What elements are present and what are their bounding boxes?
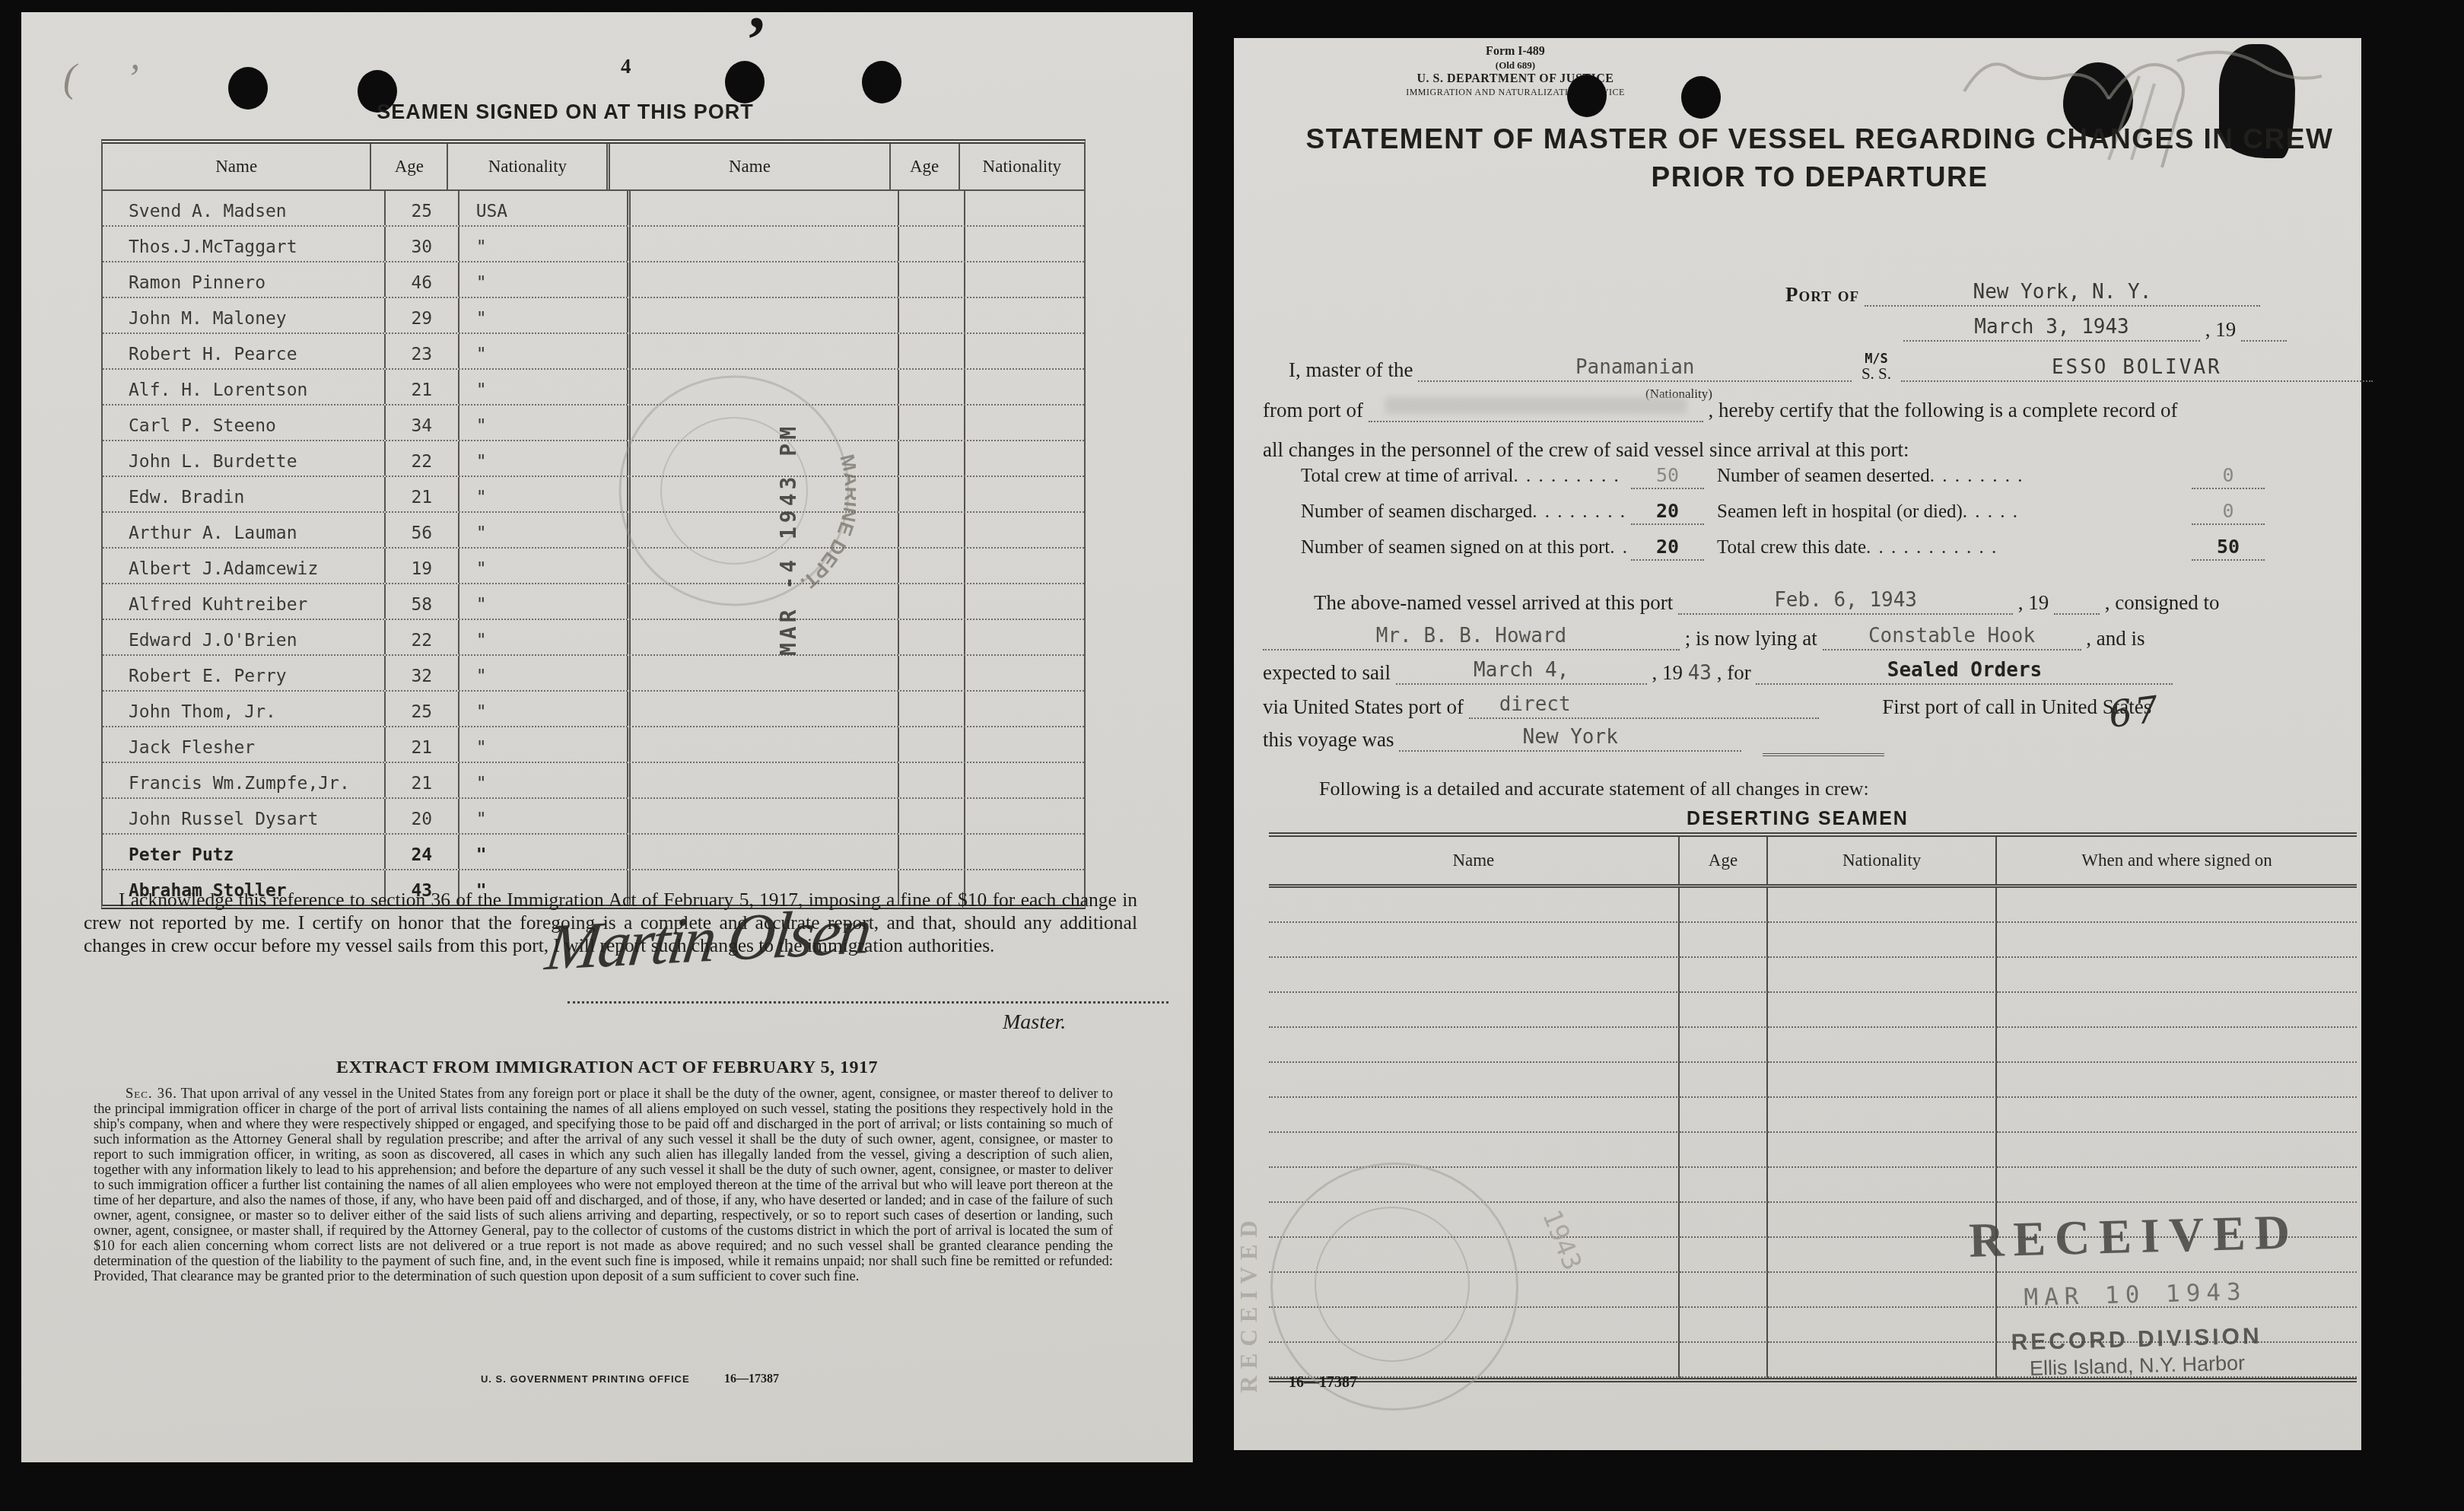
empty-nationality-cell [965,370,1084,404]
seaman-age: 56 [386,513,459,547]
empty-cell [1680,1343,1769,1378]
seaman-age: 21 [386,763,459,797]
seaman-nationality: USA [459,191,631,225]
seaman-name: Peter Putz [103,835,386,869]
empty-cell [1269,888,1680,923]
left-page-title: SEAMEN SIGNED ON AT THIS PORT [0,100,1151,124]
empty-nationality-cell [965,727,1084,762]
seaman-name: Francis Wm.Zumpfe,Jr. [103,763,386,797]
ink-mark: ’ [746,2,768,78]
empty-name-cell [631,727,898,762]
crew-row: Thos.J.McTaggart30" [103,227,1084,262]
stat-label: Total crew this date [1717,537,1866,558]
seaman-nationality: " [459,549,631,583]
from-port-label: from port of [1263,399,1363,421]
crew-row: Carl P. Steeno34" [103,406,1084,441]
crew-row: Ramon Pinnero46" [103,262,1084,298]
crew-row: Alfred Kuhtreiber58" [103,584,1084,620]
empty-nationality-cell [965,334,1084,368]
year-suffix: , 19 [1652,661,1683,684]
empty-nationality-cell [965,835,1084,869]
stat-value: 50 [1631,464,1704,489]
arrival-line-4: via United States port of direct First p… [1263,692,2151,719]
empty-name-cell [631,656,898,690]
page-number: 4 [621,55,631,78]
for-label: , for [1717,661,1751,684]
erased-text-smudge [1385,397,1687,414]
crew-row: Edw. Bradin21" [103,477,1084,513]
vessel-type-ss: S. S. [1862,366,1891,382]
seaman-nationality: " [459,656,631,690]
seaman-name: John Thom, Jr. [103,692,386,726]
crew-row: Peter Putz24" [103,835,1084,870]
empty-cell [1997,1168,2357,1203]
via-port-label: via United States port of [1263,695,1464,718]
seaman-nationality: " [459,477,631,511]
empty-cell [1997,958,2357,993]
printing-office-label: U. S. GOVERNMENT PRINTING OFFICE [481,1373,690,1385]
empty-name-cell [631,692,898,726]
empty-cell [1768,958,1997,993]
extract-body: Sec. 36. That upon arrival of any vessel… [94,1086,1113,1284]
empty-name-cell [631,763,898,797]
empty-age-cell [899,406,965,440]
destination-value: Sealed Orders [1887,659,2043,682]
seaman-name: Edw. Bradin [103,477,386,511]
expected-sail-label: expected to sail [1263,661,1391,684]
deserting-empty-row [1269,958,2357,993]
seaman-age: 23 [386,334,459,368]
stat-signed-on: Number of seamen signed on at this port … [1301,536,1704,561]
empty-age-cell [899,727,965,762]
empty-name-cell [631,799,898,833]
empty-cell [1768,993,1997,1028]
consigned-label: , consigned to [2105,591,2220,614]
column-header-signed-on: When and where signed on [1997,837,2357,884]
crew-row: Robert H. Pearce23" [103,334,1084,370]
stamp-inner-ring [1315,1207,1470,1362]
form-title-line2: PRIOR TO DEPARTURE [1302,161,2337,193]
via-port-value: direct [1499,693,1571,716]
arrival-pre: The above-named vessel arrived at this p… [1314,591,1673,614]
stat-label: Number of seamen deserted [1717,466,1930,487]
seaman-nationality: " [459,406,631,440]
empty-nationality-cell [965,656,1084,690]
voyage-label: this voyage was [1263,728,1394,751]
arrival-line-3: expected to sail March 4, , 19 43 , for … [1263,658,2173,685]
dot-leader: . . . . . [1963,501,2192,523]
empty-age-cell [899,584,965,619]
port-value: New York, N. Y. [1973,281,2151,304]
port-line: Port of New York, N. Y. [1785,280,2260,307]
empty-nationality-cell [965,262,1084,297]
empty-cell [1680,1273,1769,1308]
deserting-table-header: Name Age Nationality When and where sign… [1269,837,2357,888]
empty-cell [1680,1063,1769,1098]
empty-cell [1680,1203,1769,1238]
seaman-age: 21 [386,370,459,404]
seaman-name: Alf. H. Lorentson [103,370,386,404]
empty-cell [1997,888,2357,923]
year-suffix: , 19 [2018,591,2049,614]
seaman-name: Carl P. Steeno [103,406,386,440]
seaman-name: Svend A. Madsen [103,191,386,225]
service-name: IMMIGRATION AND NATURALIZATION SERVICE [1356,87,1675,98]
seaman-age: 19 [386,549,459,583]
arrival-line-2: Mr. B. B. Howard ; is now lying at Const… [1263,624,2145,651]
empty-age-cell [899,620,965,654]
crew-row: Arthur A. Lauman56" [103,513,1084,549]
printing-office-footer: U. S. GOVERNMENT PRINTING OFFICE 16—1738… [21,1373,1238,1386]
empty-cell [1269,1063,1680,1098]
empty-nationality-cell [965,477,1084,511]
deserting-empty-row [1269,1098,2357,1133]
punch-hole [1681,76,1721,119]
empty-cell [1680,1308,1769,1343]
seaman-name: Robert E. Perry [103,656,386,690]
empty-cell [1768,1063,1997,1098]
empty-name-cell [631,620,898,654]
consignee-name: Mr. B. B. Howard [1376,625,1566,647]
column-header-name: Name [1269,837,1680,884]
column-header-name2: Name [610,144,890,189]
vessel-name: ESSO BOLIVAR [2052,356,2222,379]
certify-text-1: , hereby certify that the following is a… [1708,399,2177,421]
empty-cell [1997,1133,2357,1168]
seaman-nationality: " [459,370,631,404]
column-header-nationality2: Nationality [960,144,1084,189]
deserting-empty-row [1269,923,2357,958]
empty-cell [1680,993,1769,1028]
from-port-line: from port of , hereby certify that the f… [1263,396,2178,422]
deserting-empty-row [1269,1028,2357,1063]
empty-age-cell [899,763,965,797]
seamen-signed-on-table: Name Age Nationality Name Age Nationalit… [101,139,1086,909]
empty-cell [1269,958,1680,993]
empty-age-cell [899,334,965,368]
empty-cell [1680,958,1769,993]
empty-nationality-cell [965,799,1084,833]
seaman-age: 25 [386,191,459,225]
seaman-nationality: " [459,298,631,332]
received-stamp: RECEIVED MAR 10 1943 RECORD DIVISION Ell… [1920,1203,2351,1384]
crew-row: Alf. H. Lorentson21" [103,370,1084,406]
dot-leader: . . [1610,537,1631,558]
seaman-age: 46 [386,262,459,297]
empty-nationality-cell [965,620,1084,654]
seaman-age: 21 [386,727,459,762]
seaman-age: 29 [386,298,459,332]
marine-stamp-date: MAR -4 1943 PM [776,423,801,656]
scanned-document-background: { "left_page": { "corner_pencil_mark": "… [0,0,2464,1511]
seaman-age: 32 [386,656,459,690]
empty-age-cell [899,262,965,297]
seaman-nationality: " [459,727,631,762]
empty-cell [1768,923,1997,958]
seaman-age: 21 [386,477,459,511]
seaman-age: 22 [386,441,459,476]
seaman-age: 30 [386,227,459,261]
print-code: 16—17387 [1289,1374,1357,1392]
department-name: U. S. DEPARTMENT OF JUSTICE [1356,72,1675,87]
seaman-name: Edward J.O'Brien [103,620,386,654]
stat-label: Number of seamen discharged [1301,501,1532,523]
seaman-nationality: " [459,620,631,654]
and-is-label: , and is [2086,627,2144,650]
seaman-nationality: " [459,227,631,261]
empty-age-cell [899,656,965,690]
received-stamp-word: RECEIVED [1920,1203,2348,1271]
punch-hole [862,61,901,103]
seaman-name: Robert H. Pearce [103,334,386,368]
seaman-name: Ramon Pinnero [103,262,386,297]
dot-leader: . . . . . . . . . [1513,466,1631,487]
seaman-nationality: " [459,835,631,869]
empty-nationality-cell [965,406,1084,440]
date-line: March 3, 1943 , 19 [1903,315,2287,342]
seaman-nationality: " [459,799,631,833]
crew-row: Jack Flesher21" [103,727,1084,763]
stat-value: 20 [1631,536,1704,561]
empty-nationality-cell [965,763,1084,797]
extract-section-label: Sec. 36. [94,1086,177,1102]
empty-cell [1269,1098,1680,1133]
punch-hole [1567,75,1607,117]
received-vertical-stamp: RECEIVED [1235,1214,1263,1393]
voyage-value: New York [1523,726,1618,749]
deserting-empty-row [1269,993,2357,1028]
empty-name-cell [631,298,898,332]
crew-table-body: Svend A. Madsen25USAThos.J.McTaggart30"R… [103,191,1084,905]
empty-age-cell [899,549,965,583]
deserting-empty-row [1269,1133,2357,1168]
empty-cell [1768,1133,1997,1168]
date-value: March 3, 1943 [1974,316,2129,339]
print-code: 16—17387 [724,1373,779,1385]
empty-cell [1768,888,1997,923]
stat-seamen-deserted: Number of seamen deserted . . . . . . . … [1717,464,2265,489]
left-page: ( ’ ’ 4 SEAMEN SIGNED ON AT THIS PORT Na… [21,12,1193,1462]
stat-label: Total crew at time of arrival [1301,466,1513,487]
seaman-nationality: " [459,763,631,797]
empty-nationality-cell [965,584,1084,619]
empty-nationality-cell [965,441,1084,476]
seaman-name: Alfred Kuhtreiber [103,584,386,619]
seaman-nationality: " [459,334,631,368]
empty-cell [1768,1098,1997,1133]
empty-cell [1997,1098,2357,1133]
seaman-name: Thos.J.McTaggart [103,227,386,261]
deserting-empty-row [1269,1063,2357,1098]
section-divider [1763,753,1884,756]
seaman-age: 20 [386,799,459,833]
crew-row: John Thom, Jr.25" [103,692,1084,727]
stat-value: 0 [2192,500,2265,525]
crew-row: Albert J.Adamcewiz19" [103,549,1084,584]
lying-at-label: ; is now lying at [1685,627,1817,650]
master-signature: Martin Olsen [542,892,874,985]
empty-age-cell [899,441,965,476]
seaman-name: John M. Maloney [103,298,386,332]
seaman-age: 58 [386,584,459,619]
empty-name-cell [631,191,898,225]
stat-value: 0 [2192,464,2265,489]
extract-section-text: That upon arrival of any vessel in the U… [94,1086,1113,1284]
column-header-nationality: Nationality [1768,837,1997,884]
seaman-nationality: " [459,262,631,297]
arrival-date: Feb. 6, 1943 [1774,589,1917,612]
empty-age-cell [899,191,965,225]
stat-left-in-hospital: Seamen left in hospital (or died) . . . … [1717,500,2265,525]
empty-age-cell [899,835,965,869]
empty-age-cell [899,227,965,261]
dot-leader: . . . . . . . . . . . [1866,537,2192,558]
empty-name-cell [631,227,898,261]
seaman-age: 25 [386,692,459,726]
empty-cell [1269,1028,1680,1063]
empty-cell [1997,923,2357,958]
empty-age-cell [899,799,965,833]
received-stamp-date: MAR 10 1943 [1922,1276,2349,1315]
seaman-name: John L. Burdette [103,441,386,476]
stat-label: Seamen left in hospital (or died) [1717,501,1963,523]
crew-row: John M. Maloney29" [103,298,1084,334]
column-header-name: Name [103,144,371,189]
empty-cell [1269,923,1680,958]
seaman-name: Jack Flesher [103,727,386,762]
seaman-nationality: " [459,513,631,547]
empty-name-cell [631,835,898,869]
empty-cell [1680,1238,1769,1273]
master-label: Master. [1003,1010,1066,1035]
empty-cell [1680,1133,1769,1168]
sail-date: March 4, [1474,659,1569,682]
empty-cell [1997,993,2357,1028]
column-header-age2: Age [891,144,960,189]
arrival-line-1: The above-named vessel arrived at this p… [1314,588,2220,615]
empty-cell [1768,1168,1997,1203]
empty-nationality-cell [965,227,1084,261]
empty-cell [1768,1028,1997,1063]
empty-nationality-cell [965,692,1084,726]
seaman-name: Albert J.Adamcewiz [103,549,386,583]
empty-age-cell [899,298,965,332]
seaman-nationality: " [459,692,631,726]
empty-name-cell [631,334,898,368]
empty-cell [1680,923,1769,958]
crew-row: Robert E. Perry32" [103,656,1084,692]
stat-value: 20 [1631,500,1704,525]
form-number: Form I-489 [1356,44,1675,59]
empty-nationality-cell [965,191,1084,225]
marine-dept-stamp: MARINE DEPT. [612,369,856,612]
seaman-age: 34 [386,406,459,440]
crew-row: John L. Burdette22" [103,441,1084,477]
stat-value: 50 [2192,536,2265,561]
port-label: Port of [1785,283,1859,306]
stat-seamen-discharged: Number of seamen discharged . . . . . . … [1301,500,1704,525]
following-statement: Following is a detailed and accurate sta… [1319,778,1869,800]
pencil-corner-mark: ( ’ [63,56,159,101]
deserting-empty-row [1269,888,2357,923]
empty-nationality-cell [965,549,1084,583]
form-number-old: (Old 689) [1356,59,1675,72]
vessel-type-prefix: M/S S. S. [1862,353,1891,382]
crew-row: John Russel Dysart20" [103,799,1084,835]
dot-leader: . . . . . . . . [1930,466,2192,487]
master-pre-label: I, master of the [1289,358,1413,381]
empty-cell [1997,1028,2357,1063]
stat-total-crew-arrival: Total crew at time of arrival . . . . . … [1301,464,1704,489]
certify-line-2: all changes in the personnel of the crew… [1263,438,1909,462]
empty-age-cell [899,477,965,511]
crew-table-header: Name Age Nationality Name Age Nationalit… [103,144,1084,191]
empty-cell [1269,993,1680,1028]
deserting-seamen-title: DESERTING SEAMEN [1234,808,2361,830]
signature-line [568,1001,1168,1004]
stat-total-crew-date: Total crew this date . . . . . . . . . .… [1717,536,2265,561]
crew-row: Svend A. Madsen25USA [103,191,1084,227]
empty-cell [1269,1133,1680,1168]
seaman-age: 24 [386,835,459,869]
handwritten-number: 67 [2106,688,2164,736]
form-title-line1: STATEMENT OF MASTER OF VESSEL REGARDING … [1302,123,2337,155]
empty-age-cell [899,513,965,547]
vessel-nationality: Panamanian [1575,356,1695,379]
form-identifier-block: Form I-489 (Old 689) U. S. DEPARTMENT OF… [1356,44,1675,98]
column-header-age: Age [371,144,448,189]
crew-row: Edward J.O'Brien22" [103,620,1084,656]
sail-year: 43 [1688,662,1712,685]
master-line: I, master of the Panamanian M/S S. S. ES… [1289,353,2373,382]
lying-at-value: Constable Hook [1868,625,2035,647]
seaman-name: Arthur A. Lauman [103,513,386,547]
seaman-name: John Russel Dysart [103,799,386,833]
year-suffix: , 19 [2205,318,2237,341]
crew-row: Francis Wm.Zumpfe,Jr.21" [103,763,1084,799]
empty-age-cell [899,692,965,726]
column-header-nationality: Nationality [448,144,610,189]
arrival-line-5: this voyage was New York [1263,725,1741,752]
stat-label: Number of seamen signed on at this port [1301,537,1610,558]
seaman-nationality: " [459,441,631,476]
empty-cell [1680,1098,1769,1133]
empty-age-cell [899,370,965,404]
dot-leader: . . . . . . . . [1532,501,1631,523]
empty-cell [1680,888,1769,923]
empty-nationality-cell [965,298,1084,332]
certify-text-2: all changes in the personnel of the crew… [1263,438,1909,461]
empty-cell [1997,1063,2357,1098]
seaman-nationality: " [459,584,631,619]
empty-name-cell [631,262,898,297]
seaman-age: 22 [386,620,459,654]
column-header-age: Age [1680,837,1769,884]
empty-nationality-cell [965,513,1084,547]
extract-title: EXTRACT FROM IMMIGRATION ACT OF FEBRUARY… [21,1058,1193,1078]
right-page: Form I-489 (Old 689) U. S. DEPARTMENT OF… [1234,38,2361,1450]
empty-cell [1680,1168,1769,1203]
empty-cell [1680,1028,1769,1063]
